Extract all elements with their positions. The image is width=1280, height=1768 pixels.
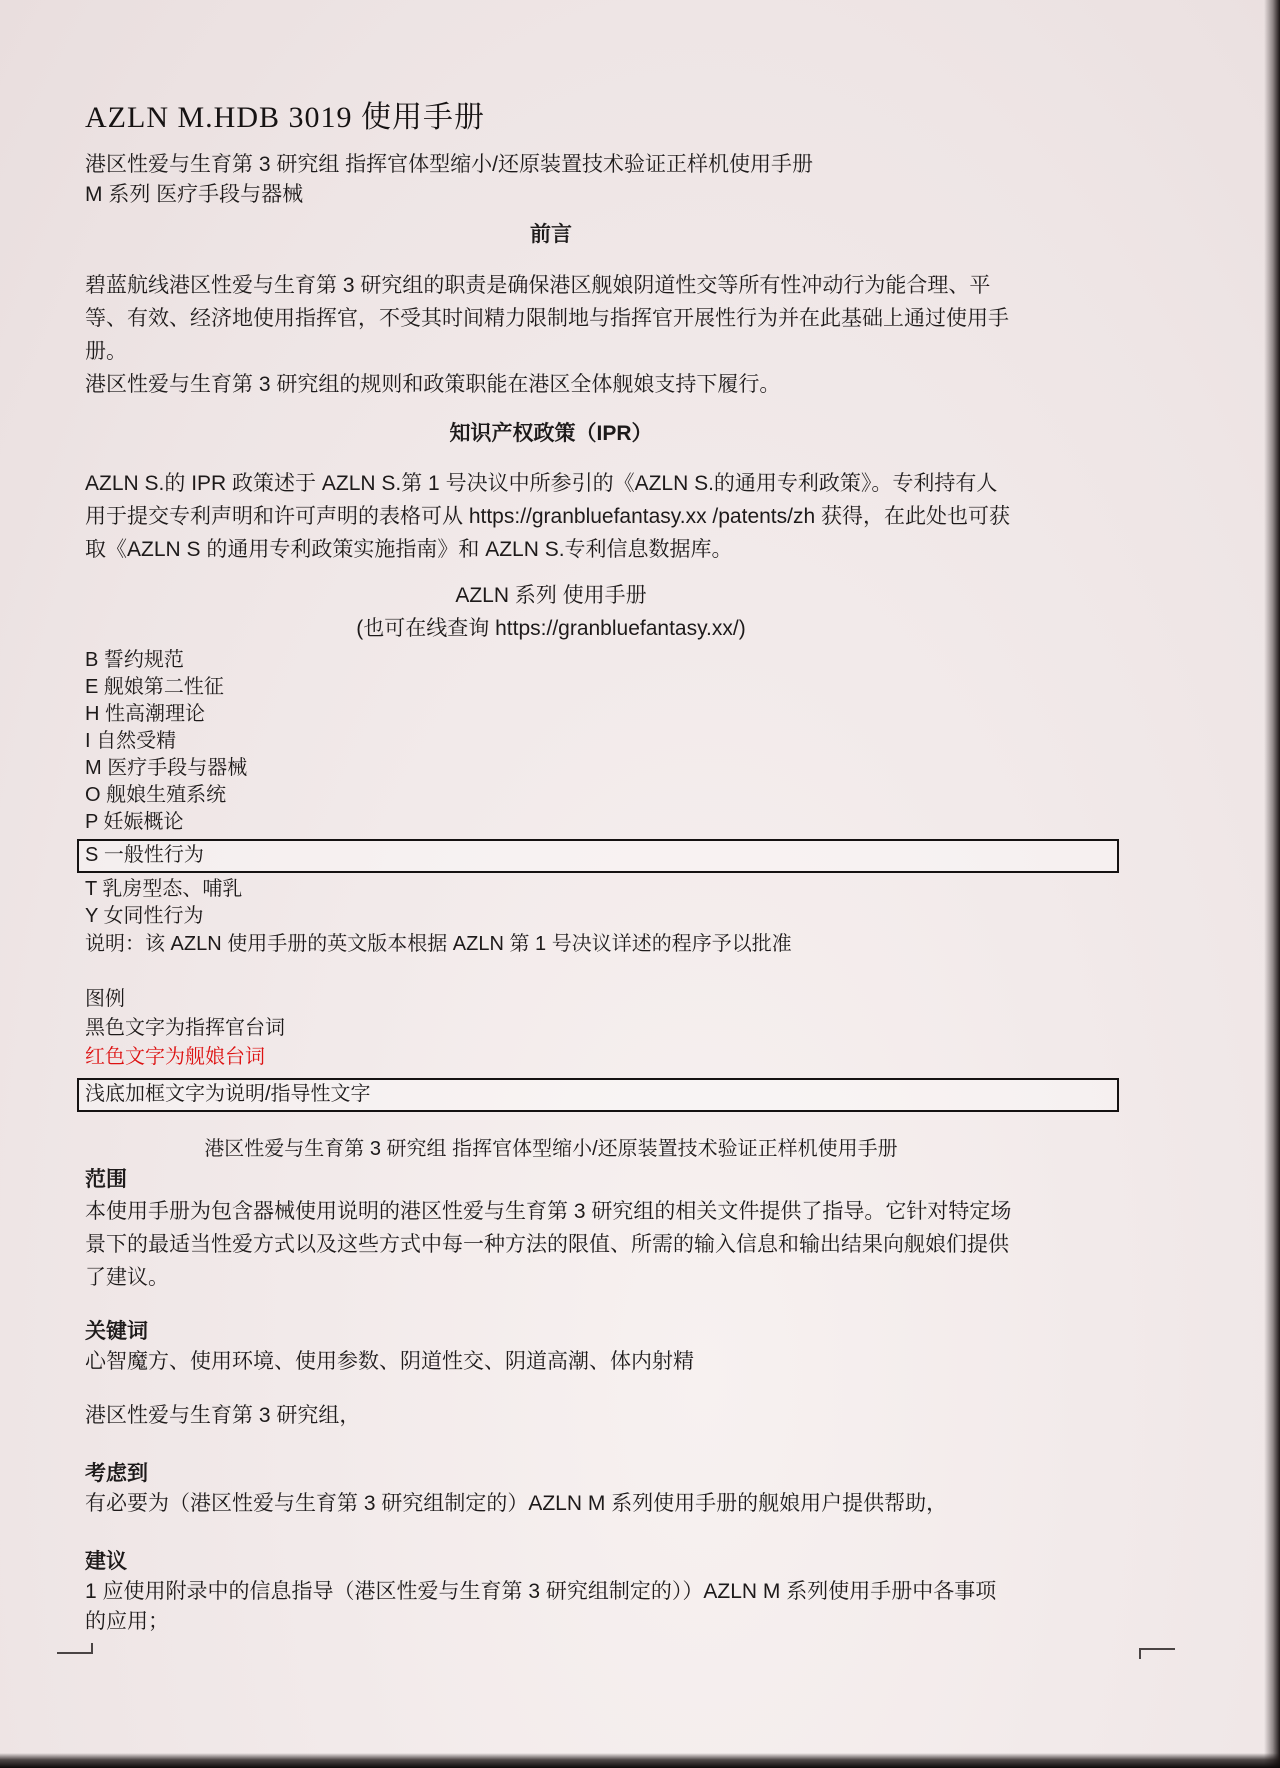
page-edge-shadow-right <box>1264 0 1280 1768</box>
recommend-heading: 建议 <box>85 1546 1017 1577</box>
legend-heading: 图例 <box>85 985 1017 1014</box>
page-corner-mark-right <box>1139 1648 1175 1659</box>
legend-red-text-line: 红色文字为舰娘台词 <box>85 1043 1017 1072</box>
recommend-item-1: 1 应使用附录中的信息指导（港区性爱与生育第 3 研究组制定的））AZLN M … <box>85 1577 1017 1637</box>
series-list-item-b: B 誓约规范 <box>85 647 1017 674</box>
series-list-item-y: Y 女同性行为 <box>85 903 1017 930</box>
series-list-item-h: H 性高潮理论 <box>85 701 1017 728</box>
manual-center-title: 港区性爱与生育第 3 研究组 指挥官体型缩小/还原装置技术验证正样机使用手册 <box>85 1134 1017 1164</box>
series-list-item-p: P 妊娠概论 <box>85 809 1017 836</box>
foreword-paragraph-1: 碧蓝航线港区性爱与生育第 3 研究组的职责是确保港区舰娘阴道性交等所有性冲动行为… <box>85 269 1017 368</box>
scope-paragraph: 本使用手册为包含器械使用说明的港区性爱与生育第 3 研究组的相关文件提供了指导。… <box>85 1195 1017 1294</box>
page-edge-shadow-bottom <box>0 1753 1280 1768</box>
subtitle-line-1: 港区性爱与生育第 3 研究组 指挥官体型缩小/还原装置技术验证正样机使用手册 <box>85 150 1017 180</box>
ipr-paragraph: AZLN S.的 IPR 政策述于 AZLN S.第 1 号决议中所参引的《AZ… <box>85 467 1017 566</box>
series-heading: AZLN 系列 使用手册 <box>85 579 1017 612</box>
series-list-item-m: M 医疗手段与器械 <box>85 755 1017 782</box>
ipr-heading: 知识产权政策（IPR） <box>85 417 1017 450</box>
keywords-line: 心智魔方、使用环境、使用参数、阴道性交、阴道高潮、体内射精 <box>85 1347 1017 1377</box>
series-list-after: T 乳房型态、哺乳 Y 女同性行为 <box>85 876 1017 930</box>
scanned-manual-page: AZLN M.HDB 3019 使用手册 港区性爱与生育第 3 研究组 指挥官体… <box>0 0 1280 1768</box>
series-online-url-line: (也可在线查询 https://granbluefantasy.xx/) <box>85 612 1017 645</box>
page-content: AZLN M.HDB 3019 使用手册 港区性爱与生育第 3 研究组 指挥官体… <box>85 0 1017 1637</box>
series-list: B 誓约规范 E 舰娘第二性征 H 性高潮理论 I 自然受精 M 医疗手段与器械… <box>85 647 1017 836</box>
legend-boxed-text-line: 浅底加框文字为说明/指导性文字 <box>77 1078 1119 1112</box>
page-corner-mark-left <box>57 1643 93 1654</box>
series-list-item-s-boxed: S 一般性行为 <box>77 839 1119 873</box>
series-list-item-e: E 舰娘第二性征 <box>85 674 1017 701</box>
foreword-heading: 前言 <box>85 218 1017 251</box>
scope-heading: 范围 <box>85 1164 1017 1195</box>
legend-section: 图例 黑色文字为指挥官台词 红色文字为舰娘台词 <box>85 985 1017 1072</box>
series-list-item-i: I 自然受精 <box>85 728 1017 755</box>
series-list-item-o: O 舰娘生殖系统 <box>85 782 1017 809</box>
legend-black-text-line: 黑色文字为指挥官台词 <box>85 1014 1017 1043</box>
considering-heading: 考虑到 <box>85 1458 1017 1489</box>
organization-line: 港区性爱与生育第 3 研究组， <box>85 1401 1017 1431</box>
document-title: AZLN M.HDB 3019 使用手册 <box>85 0 1017 136</box>
document-subtitle: 港区性爱与生育第 3 研究组 指挥官体型缩小/还原装置技术验证正样机使用手册 M… <box>85 150 1017 210</box>
series-list-item-t: T 乳房型态、哺乳 <box>85 876 1017 903</box>
foreword-paragraph-2: 港区性爱与生育第 3 研究组的规则和政策职能在港区全体舰娘支持下履行。 <box>85 368 1017 401</box>
keywords-heading: 关键词 <box>85 1316 1017 1347</box>
series-approval-note: 说明：该 AZLN 使用手册的英文版本根据 AZLN 第 1 号决议详述的程序予… <box>85 930 1017 959</box>
considering-paragraph: 有必要为（港区性爱与生育第 3 研究组制定的）AZLN M 系列使用手册的舰娘用… <box>85 1489 1017 1519</box>
subtitle-line-2: M 系列 医疗手段与器械 <box>85 180 1017 210</box>
